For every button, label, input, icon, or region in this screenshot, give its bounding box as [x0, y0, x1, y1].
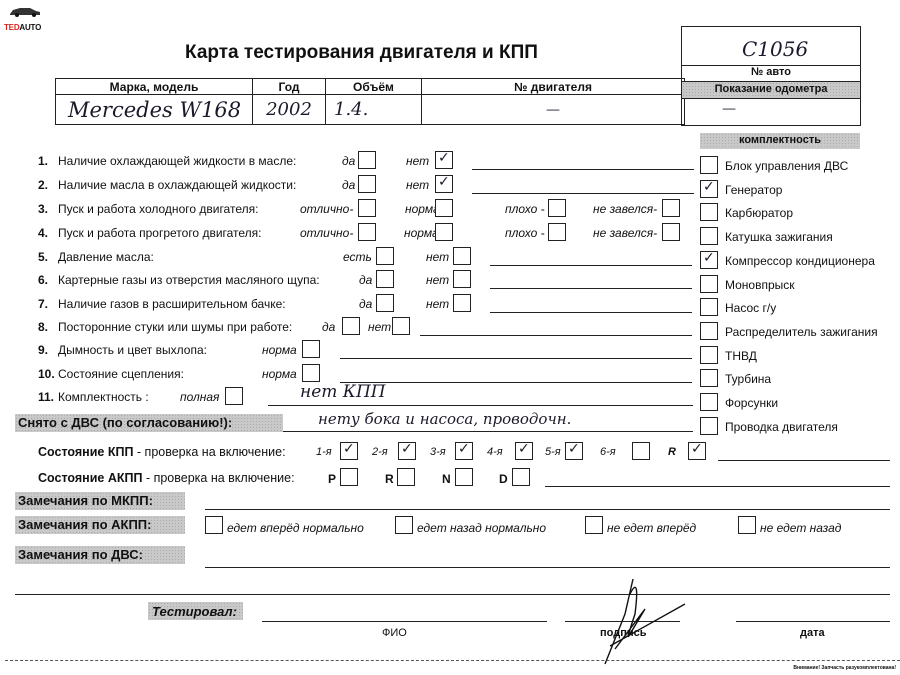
logo-brand-black: AUTO	[19, 23, 41, 32]
removed-field[interactable]: нету бока и насоса, проводочн.	[318, 410, 571, 428]
option-label: плохо -	[505, 226, 545, 240]
kpp-gear-checkbox[interactable]	[632, 442, 650, 460]
completeness-item-label: ТНВД	[725, 349, 757, 363]
gear-label: 5-я	[545, 446, 561, 458]
check-8-option-checkbox[interactable]	[342, 317, 360, 335]
completeness-checkbox[interactable]: ✓	[700, 251, 718, 269]
check-7-option-checkbox[interactable]	[376, 294, 394, 312]
akpp-remark-checkbox[interactable]	[585, 516, 603, 534]
column-header: Объём	[326, 79, 422, 95]
check-4-option-checkbox[interactable]	[358, 223, 376, 241]
check-mark-icon: ✓	[568, 441, 580, 457]
akpp-remark-checkbox[interactable]	[205, 516, 223, 534]
akpp-remark-checkbox[interactable]	[738, 516, 756, 534]
check-label: Картерные газы из отверстия масляного щу…	[58, 273, 320, 287]
car-number-label: № авто	[682, 66, 860, 78]
option-label: не завелся-	[593, 202, 657, 216]
column-header: Год	[253, 79, 326, 95]
remarks-akpp-label: Замечания по АКПП:	[18, 517, 151, 532]
kpp-label: Состояние КПП - проверка на включение:	[38, 445, 286, 459]
option-label: норма	[262, 367, 297, 381]
check-label: Комплектность :	[58, 390, 149, 404]
check-label: Дымность и цвет выхлопа:	[58, 343, 207, 357]
gear-label: N	[442, 472, 451, 486]
check-number: 11.	[38, 390, 54, 404]
akpp-remark-label: едет вперёд нормально	[227, 521, 364, 535]
check-number: 7.	[38, 297, 48, 311]
gear-label: 2-я	[372, 446, 388, 458]
check-label: Наличие газов в расширительном бачке:	[58, 297, 286, 311]
completeness-item-label: Насос г/у	[725, 301, 776, 315]
check-7-option-checkbox[interactable]	[453, 294, 471, 312]
option-label: есть	[343, 250, 372, 264]
vehicle-info-table: Марка, модель Год Объём № двигателя Merc…	[55, 78, 685, 125]
volume-field[interactable]: 1.4.	[326, 95, 422, 125]
akpp-gear-checkbox[interactable]	[455, 468, 473, 486]
gear-label: P	[328, 472, 336, 486]
completeness-checkbox[interactable]	[700, 417, 718, 435]
check-7-note-line[interactable]	[490, 312, 692, 313]
check-3-option-checkbox[interactable]	[435, 199, 453, 217]
completeness-note-field[interactable]: нет КПП	[300, 382, 386, 402]
logo-brand-red: TED	[4, 23, 19, 32]
fio-field[interactable]	[262, 621, 547, 622]
option-label: плохо -	[505, 202, 545, 216]
gear-label: D	[499, 472, 508, 486]
remarks-mkpp-field[interactable]	[205, 509, 890, 510]
remarks-dvs-label: Замечания по ДВС:	[18, 547, 143, 562]
check-number: 8.	[38, 320, 48, 334]
kpp-gear-checkbox[interactable]: ✓	[340, 442, 358, 460]
date-label: дата	[800, 627, 825, 639]
check-4-option-checkbox[interactable]	[435, 223, 453, 241]
kpp-gear-checkbox[interactable]: ✓	[565, 442, 583, 460]
warning-note: Внимание! Запчасть разукомплектована!	[793, 665, 896, 671]
signature-scribble	[585, 574, 695, 674]
check-3-option-checkbox[interactable]	[548, 199, 566, 217]
check-label: Наличие охлаждающей жидкости в масле:	[58, 154, 296, 168]
completeness-checkbox[interactable]	[700, 393, 718, 411]
check-2-option-checkbox[interactable]	[358, 175, 376, 193]
kpp-gear-checkbox[interactable]: ✓	[515, 442, 533, 460]
gear-label: R	[385, 472, 394, 486]
check-label: Посторонние стуки или шумы при работе:	[58, 320, 292, 334]
check-label: Состояние сцепления:	[58, 367, 184, 381]
tested-by-label: Тестировал:	[152, 604, 237, 619]
check-number: 4.	[38, 226, 48, 240]
option-label: да	[342, 178, 355, 192]
akpp-label: Состояние АКПП - проверка на включение:	[38, 471, 295, 485]
akpp-remark-label: не едет назад	[760, 521, 841, 535]
completeness-checkbox[interactable]	[700, 275, 718, 293]
odometer-field[interactable]: —	[722, 101, 736, 117]
check-5-option-checkbox[interactable]	[376, 247, 394, 265]
check-8-note-line[interactable]	[420, 335, 692, 336]
check-6-note-line[interactable]	[490, 288, 692, 289]
completeness-item-label: Проводка двигателя	[725, 420, 838, 434]
option-label: да	[359, 297, 372, 311]
check-number: 10.	[38, 367, 55, 381]
check-mark-icon: ✓	[458, 441, 470, 457]
kpp-gear-checkbox[interactable]: ✓	[688, 442, 706, 460]
check-10-option-checkbox[interactable]	[302, 364, 320, 382]
completeness-item-label: Блок управления ДВС	[725, 159, 848, 173]
check-mark-icon: ✓	[401, 441, 413, 457]
check-number: 2.	[38, 178, 48, 192]
check-number: 3.	[38, 202, 48, 216]
check-2-option-checkbox[interactable]: ✓	[435, 175, 453, 193]
option-label: нет	[406, 154, 429, 168]
completeness-checkbox[interactable]	[700, 322, 718, 340]
completeness-checkbox[interactable]	[700, 369, 718, 387]
check-mark-icon: ✓	[703, 250, 715, 266]
check-1-note-line[interactable]	[472, 169, 694, 170]
check-mark-icon: ✓	[703, 179, 715, 195]
check-mark-icon: ✓	[343, 441, 355, 457]
akpp-gear-checkbox[interactable]	[340, 468, 358, 486]
check-3-option-checkbox[interactable]	[662, 199, 680, 217]
gear-label: 3-я	[430, 446, 446, 458]
option-label: нет	[426, 250, 449, 264]
completeness-checkbox[interactable]	[700, 156, 718, 174]
check-5-option-checkbox[interactable]	[453, 247, 471, 265]
completeness-item-label: Распределитель зажигания	[725, 325, 878, 339]
option-label: отлично-	[300, 226, 353, 240]
check-11-option-checkbox[interactable]	[225, 387, 243, 405]
completeness-checkbox[interactable]	[700, 298, 718, 316]
check-mark-icon: ✓	[518, 441, 530, 457]
check-1-option-checkbox[interactable]	[358, 151, 376, 169]
check-2-note-line[interactable]	[472, 193, 694, 194]
completeness-item-label: Моновпрыск	[725, 278, 795, 292]
car-number-field[interactable]: C1056	[742, 37, 808, 61]
akpp-remark-label: не едет вперёд	[607, 521, 696, 535]
check-label: Пуск и работа холодного двигателя:	[58, 202, 258, 216]
check-6-option-checkbox[interactable]	[376, 270, 394, 288]
option-label: норма	[262, 343, 297, 357]
check-mark-icon: ✓	[438, 174, 450, 190]
check-mark-icon: ✓	[691, 441, 703, 457]
check-mark-icon: ✓	[438, 150, 450, 166]
remarks-dvs-field[interactable]	[205, 567, 890, 568]
remarks-mkpp-label: Замечания по МКПП:	[18, 493, 153, 508]
check-number: 5.	[38, 250, 48, 264]
completeness-header: комплектность	[700, 134, 860, 146]
gear-label: 6-я	[600, 446, 616, 458]
car-number-box: C1056 № авто Показание одометра —	[681, 26, 861, 126]
check-1-option-checkbox[interactable]: ✓	[435, 151, 453, 169]
check-3-option-checkbox[interactable]	[358, 199, 376, 217]
completeness-checkbox[interactable]: ✓	[700, 180, 718, 198]
removed-label: Снято с ДВС (по согласованию!):	[18, 415, 232, 430]
check-label: Наличие масла в охлаждающей жидкости:	[58, 178, 296, 192]
check-number: 6.	[38, 273, 48, 287]
akpp-remark-label: едет назад нормально	[417, 521, 546, 535]
check-5-note-line[interactable]	[490, 265, 692, 266]
completeness-checkbox[interactable]	[700, 346, 718, 364]
completeness-item-label: Турбина	[725, 372, 771, 386]
check-label: Давление масла:	[58, 250, 154, 264]
gear-label: 4-я	[487, 446, 503, 458]
car-icon	[8, 5, 42, 17]
completeness-item-label: Форсунки	[725, 396, 778, 410]
completeness-item-label: Компрессор кондиционера	[725, 254, 875, 268]
check-4-option-checkbox[interactable]	[662, 223, 680, 241]
option-label: нет	[426, 273, 449, 287]
completeness-item-label: Генератор	[725, 183, 782, 197]
kpp-gear-checkbox[interactable]: ✓	[455, 442, 473, 460]
check-9-option-checkbox[interactable]	[302, 340, 320, 358]
akpp-gear-checkbox[interactable]	[512, 468, 530, 486]
gear-label: R	[668, 446, 676, 458]
check-10-note-line[interactable]	[340, 382, 692, 383]
engine-number-field[interactable]: —	[422, 95, 685, 125]
option-label: нет	[426, 297, 449, 311]
akpp-remark-checkbox[interactable]	[395, 516, 413, 534]
column-header: № двигателя	[422, 79, 685, 95]
year-field[interactable]: 2002	[253, 95, 326, 125]
odometer-label: Показание одометра	[682, 83, 860, 95]
fio-label: ФИО	[382, 627, 407, 639]
option-label: да	[359, 273, 372, 287]
check-number: 1.	[38, 154, 48, 168]
date-field[interactable]	[736, 621, 890, 622]
option-label: нет	[406, 178, 429, 192]
option-label: отлично-	[300, 202, 353, 216]
column-header: Марка, модель	[56, 79, 253, 95]
akpp-gear-checkbox[interactable]	[397, 468, 415, 486]
completeness-checkbox[interactable]	[700, 203, 718, 221]
option-label: да	[322, 320, 335, 334]
completeness-checkbox[interactable]	[700, 227, 718, 245]
model-field[interactable]: Mercedes W168	[56, 95, 253, 125]
logo: TEDAUTO	[4, 4, 46, 32]
kpp-gear-checkbox[interactable]: ✓	[398, 442, 416, 460]
check-6-option-checkbox[interactable]	[453, 270, 471, 288]
check-11-note-line[interactable]	[268, 405, 693, 406]
option-label: полная	[180, 390, 219, 404]
completeness-item-label: Карбюратор	[725, 206, 793, 220]
check-number: 9.	[38, 343, 48, 357]
option-label: да	[342, 154, 355, 168]
completeness-item-label: Катушка зажигания	[725, 230, 833, 244]
option-label: не завелся-	[593, 226, 657, 240]
option-label: нет	[368, 320, 391, 334]
gear-label: 1-я	[316, 446, 332, 458]
check-label: Пуск и работа прогретого двигателя:	[58, 226, 262, 240]
check-8-option-checkbox[interactable]	[392, 317, 410, 335]
page-title: Карта тестирования двигателя и КПП	[185, 42, 538, 64]
check-4-option-checkbox[interactable]	[548, 223, 566, 241]
check-9-note-line[interactable]	[340, 358, 692, 359]
